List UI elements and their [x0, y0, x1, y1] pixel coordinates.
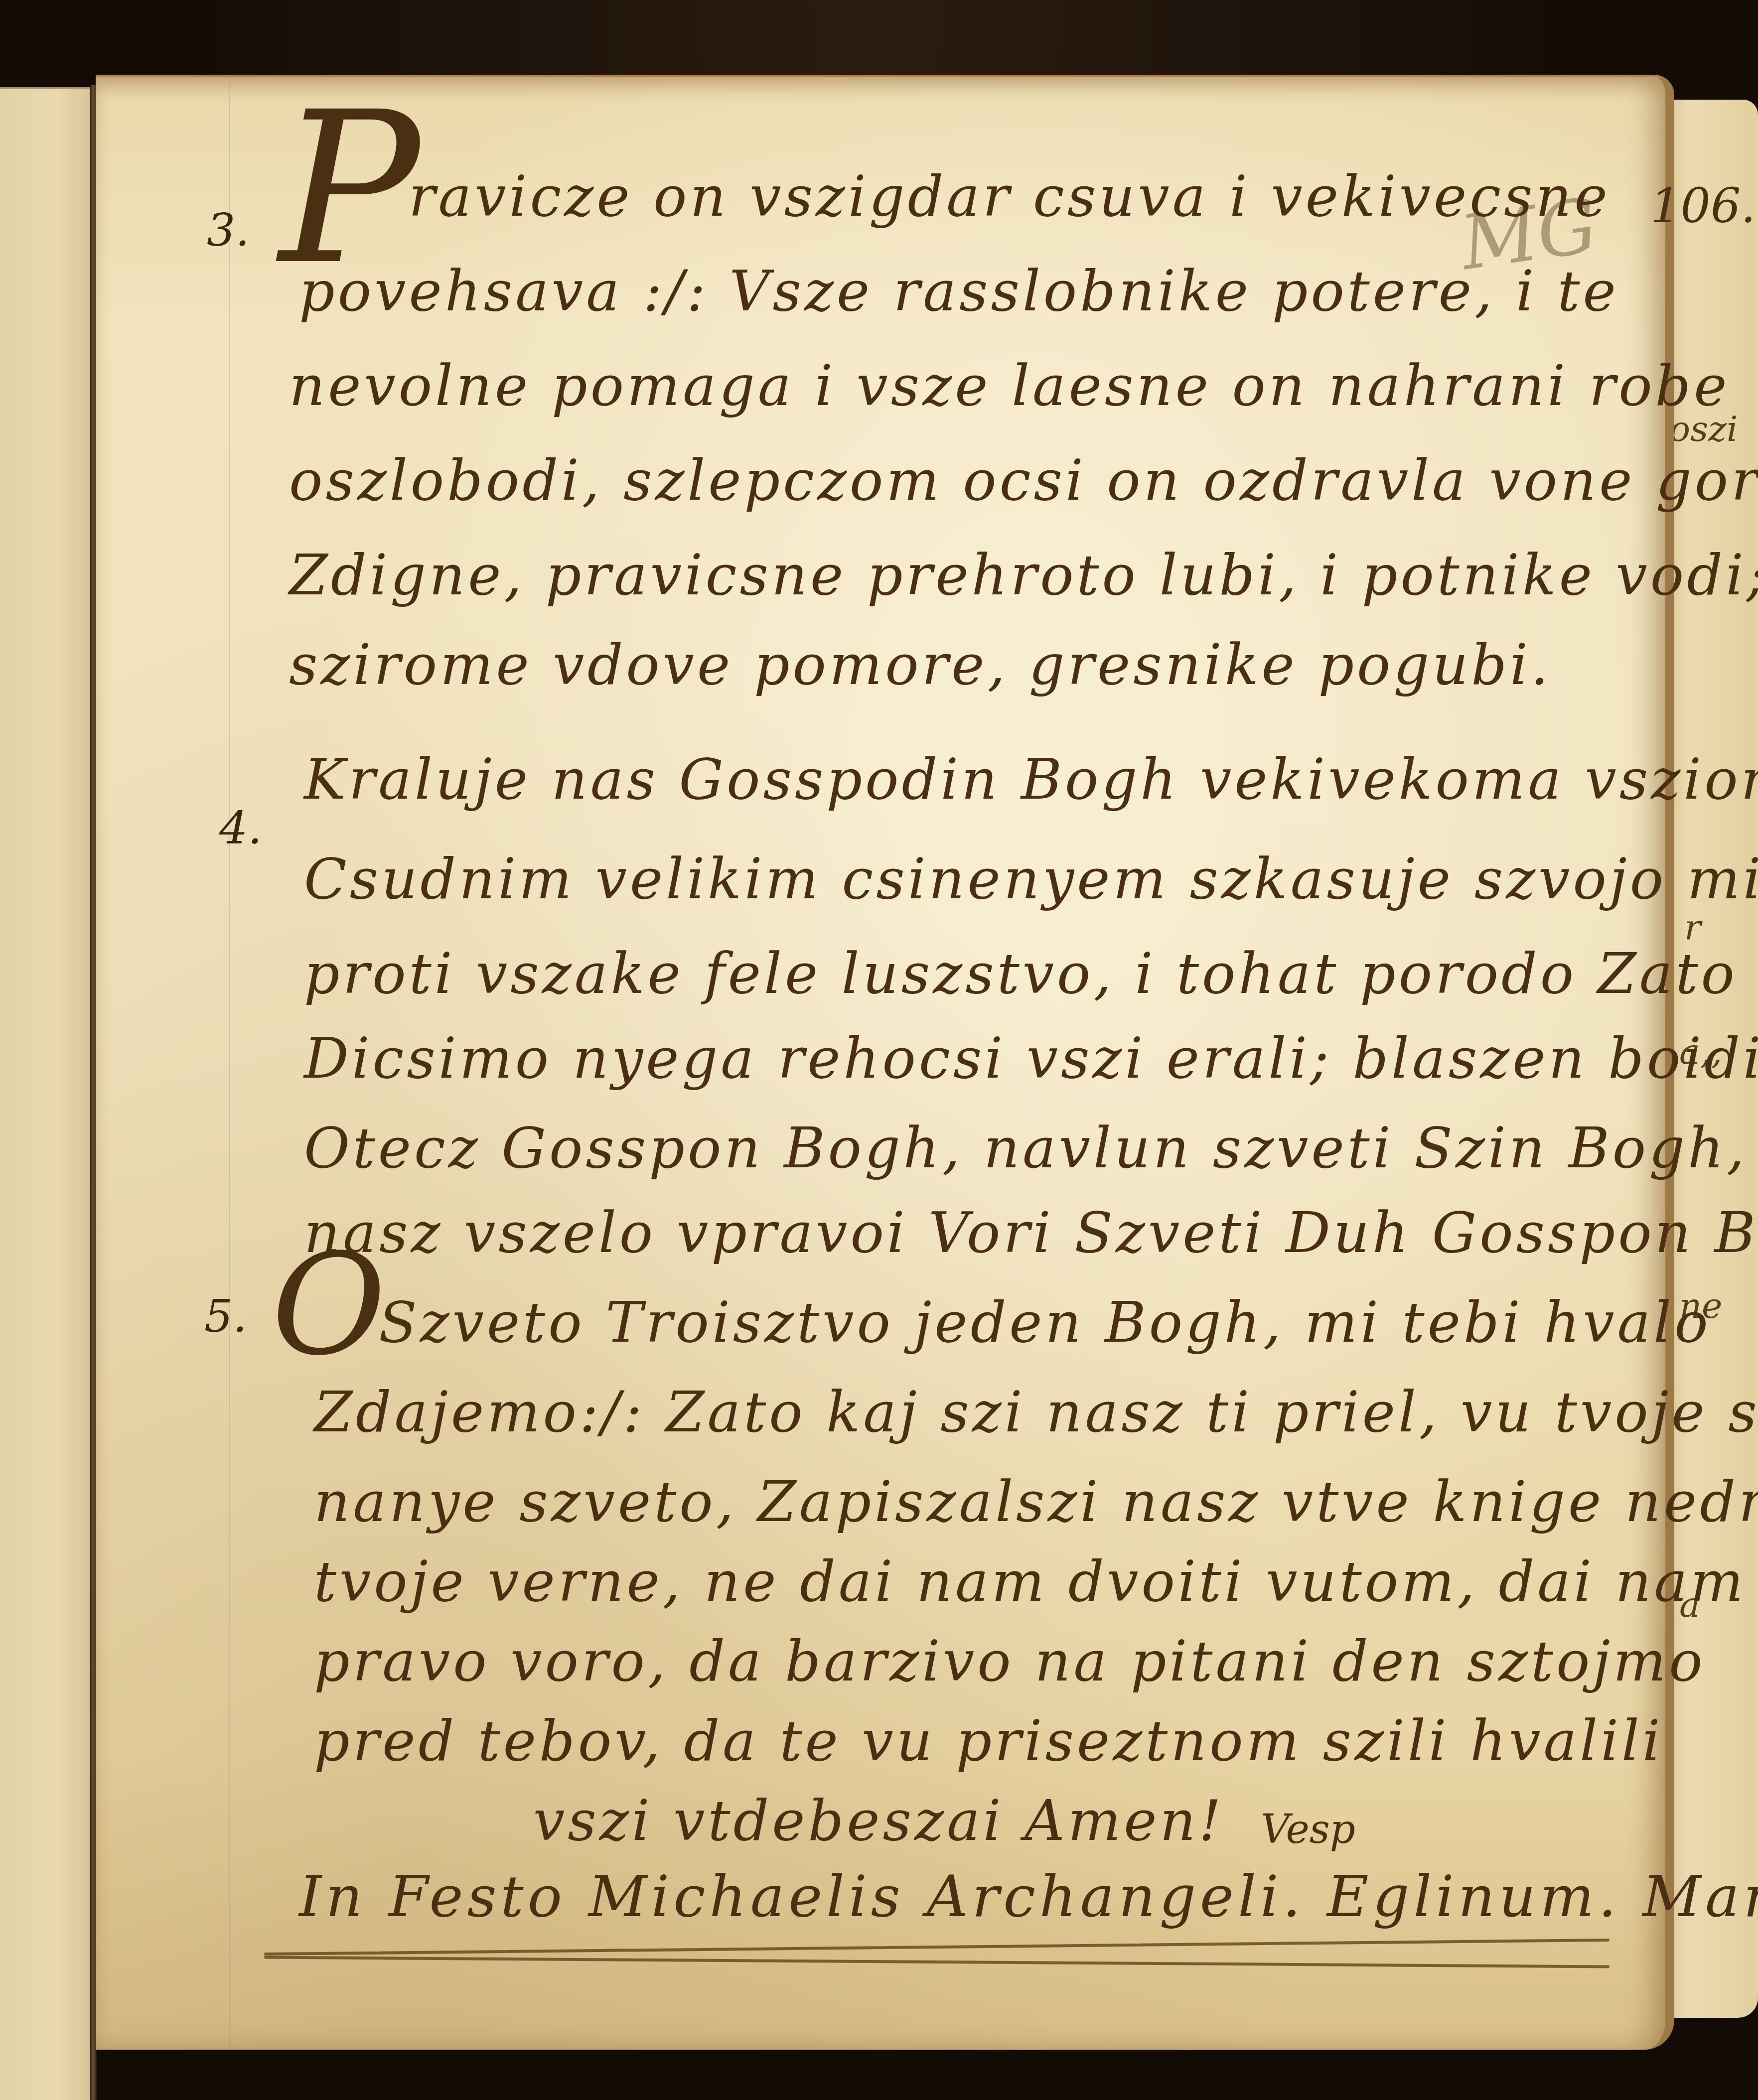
text-line: nanye szveto, Zapiszalszi nasz vtve knig…	[314, 1470, 1758, 1535]
stanza-number: 5.	[204, 1290, 247, 1343]
text-line: nasz vszelo vpravoi Vori Szveti Duh Goss…	[304, 1201, 1758, 1265]
text-line: Zdajemo:/: Zato kaj szi nasz ti priel, v…	[314, 1380, 1758, 1445]
text-line: oszlobodi, szlepczom ocsi on ozdravla vo…	[289, 448, 1758, 513]
text-line: Zdigne, pravicsne prehroto lubi, i potni…	[289, 543, 1758, 608]
text-line: sziroте vdove pomore, gresnike pogubi.	[289, 633, 1551, 698]
decorated-initial: O	[272, 1236, 386, 1375]
text-line: ravicze on vszigdar csuva i vekivecsne	[409, 164, 1611, 229]
footer-text: In Festo Michaelis Archangeli. Eglinum. …	[299, 1863, 1758, 1930]
left-page-edge	[0, 87, 92, 2100]
text-line: proti vszake fele luszstvo, i tohat poro…	[304, 942, 1758, 1006]
text-line: Szveto Troisztvo jeden Bogh, mi tebi hva…	[379, 1290, 1711, 1355]
text-line: vszi vtdebeszai Amen!	[533, 1789, 1224, 1853]
text-line: Kraluje nas Gosspodin Bogh vekivekoma vs…	[304, 747, 1758, 812]
text-line: pravo voro, da barzivo na pitani den szt…	[314, 1629, 1706, 1694]
stanza-number: 3.	[207, 204, 250, 257]
text-line: povehsava :/: Vsze rasslobnike potere, i…	[299, 259, 1619, 324]
margin-ruling-line	[229, 75, 230, 2048]
text-line: tvoje verne, ne dai nam dvoiti vutom, da…	[314, 1549, 1747, 1614]
page-number: 106.	[1650, 179, 1756, 234]
text-line: Csudnim velikim csinenyem szkasuje szvoj…	[304, 847, 1758, 912]
text-line: pred tebov, da te vu priseztnom szili hv…	[314, 1709, 1663, 1774]
stanza-number: 4.	[219, 802, 262, 854]
text-line: Dicsimo nyega rehocsi vszi erali; blasze…	[304, 1026, 1758, 1091]
text-line: nevolne pomaga i vsze laesne on nahrani …	[289, 354, 1730, 419]
text-line: Otecz Gosspon Bogh, navluп szveti Szin B…	[304, 1116, 1758, 1181]
footer-superscript: Vesp	[1261, 1806, 1355, 1852]
